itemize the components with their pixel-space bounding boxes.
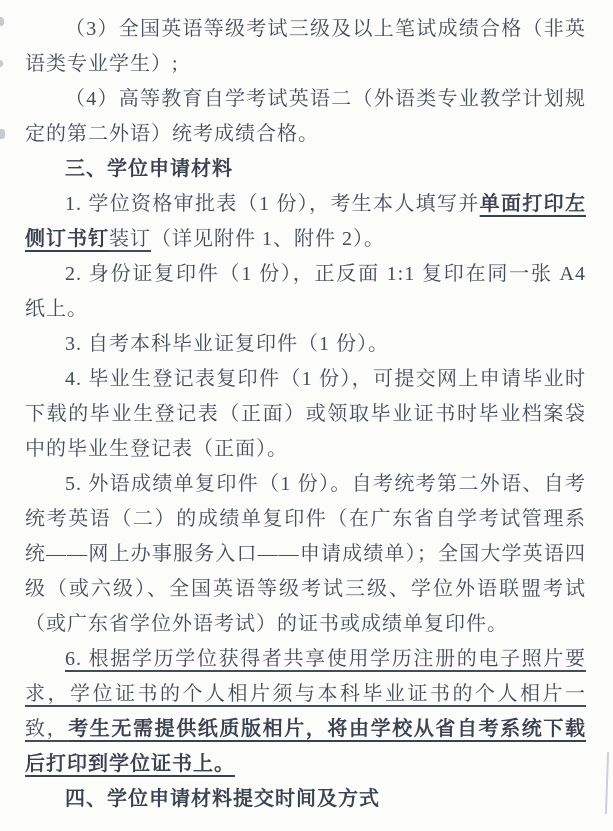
text-run: （4）高等教育自学考试英语二（外语类专业教学计划规定的第二外语）统考成绩合格。 [25, 88, 586, 145]
section-heading: 三、学位申请材料 [25, 152, 586, 187]
scan-artifact [0, 129, 5, 139]
paragraph: 1. 学位资格审批表（1 份），考生本人填写并单面打印左侧订书钉装订（详见附件 … [25, 187, 586, 257]
text-run: 5. 外语成绩单复印件（1 份）。自考统考第二外语、自考统考英语（二）的成绩单复… [25, 473, 586, 635]
text-run: 考生无需提供纸质版相片，将由学校从省自考系统下载后打印到学位证书上。 [25, 718, 586, 775]
text-run: 1. 学位资格审批表（1 份），考生本人填写并 [65, 193, 480, 215]
paragraph: （4）高等教育自学考试英语二（外语类专业教学计划规定的第二外语）统考成绩合格。 [25, 82, 586, 152]
paragraph: 3. 自考本科毕业证复印件（1 份）。 [25, 327, 586, 362]
paragraph: 6. 根据学历学位获得者共享使用学历注册的电子照片要求，学位证书的个人相片须与本… [25, 642, 586, 782]
text-run: （3）全国英语等级考试三级及以上笔试成绩合格（非英语类专业学生）; [25, 18, 586, 75]
paragraph: （3）全国英语等级考试三级及以上笔试成绩合格（非英语类专业学生）; [25, 12, 586, 82]
text-run: 4. 毕业生登记表复印件（1 份），可提交网上申请毕业时下载的毕业生登记表（正面… [25, 368, 586, 460]
text-run: 2. 身份证复印件（1 份），正反面 1:1 复印在同一张 A4 纸上。 [25, 263, 586, 320]
scan-artifact [0, 17, 4, 26]
scan-artifact [0, 60, 3, 67]
paragraph: 2. 身份证复印件（1 份），正反面 1:1 复印在同一张 A4 纸上。 [25, 257, 586, 327]
section-heading: 四、学位申请材料提交时间及方式 [25, 782, 586, 817]
paragraph: 5. 外语成绩单复印件（1 份）。自考统考第二外语、自考统考英语（二）的成绩单复… [25, 467, 586, 642]
text-run: 装订 [109, 228, 151, 250]
document-body: （3）全国英语等级考试三级及以上笔试成绩合格（非英语类专业学生）;（4）高等教育… [25, 12, 586, 817]
text-run: 3. 自考本科毕业证复印件（1 份）。 [65, 333, 389, 355]
paragraph: 4. 毕业生登记表复印件（1 份），可提交网上申请毕业时下载的毕业生登记表（正面… [25, 362, 586, 467]
scan-artifact [605, 752, 609, 814]
text-run: 三、学位申请材料 [65, 158, 233, 180]
text-run: （详见附件 1、附件 2）。 [151, 228, 385, 250]
document-page: （3）全国英语等级考试三级及以上笔试成绩合格（非英语类专业学生）;（4）高等教育… [0, 0, 613, 831]
text-run: 四、学位申请材料提交时间及方式 [65, 788, 380, 810]
